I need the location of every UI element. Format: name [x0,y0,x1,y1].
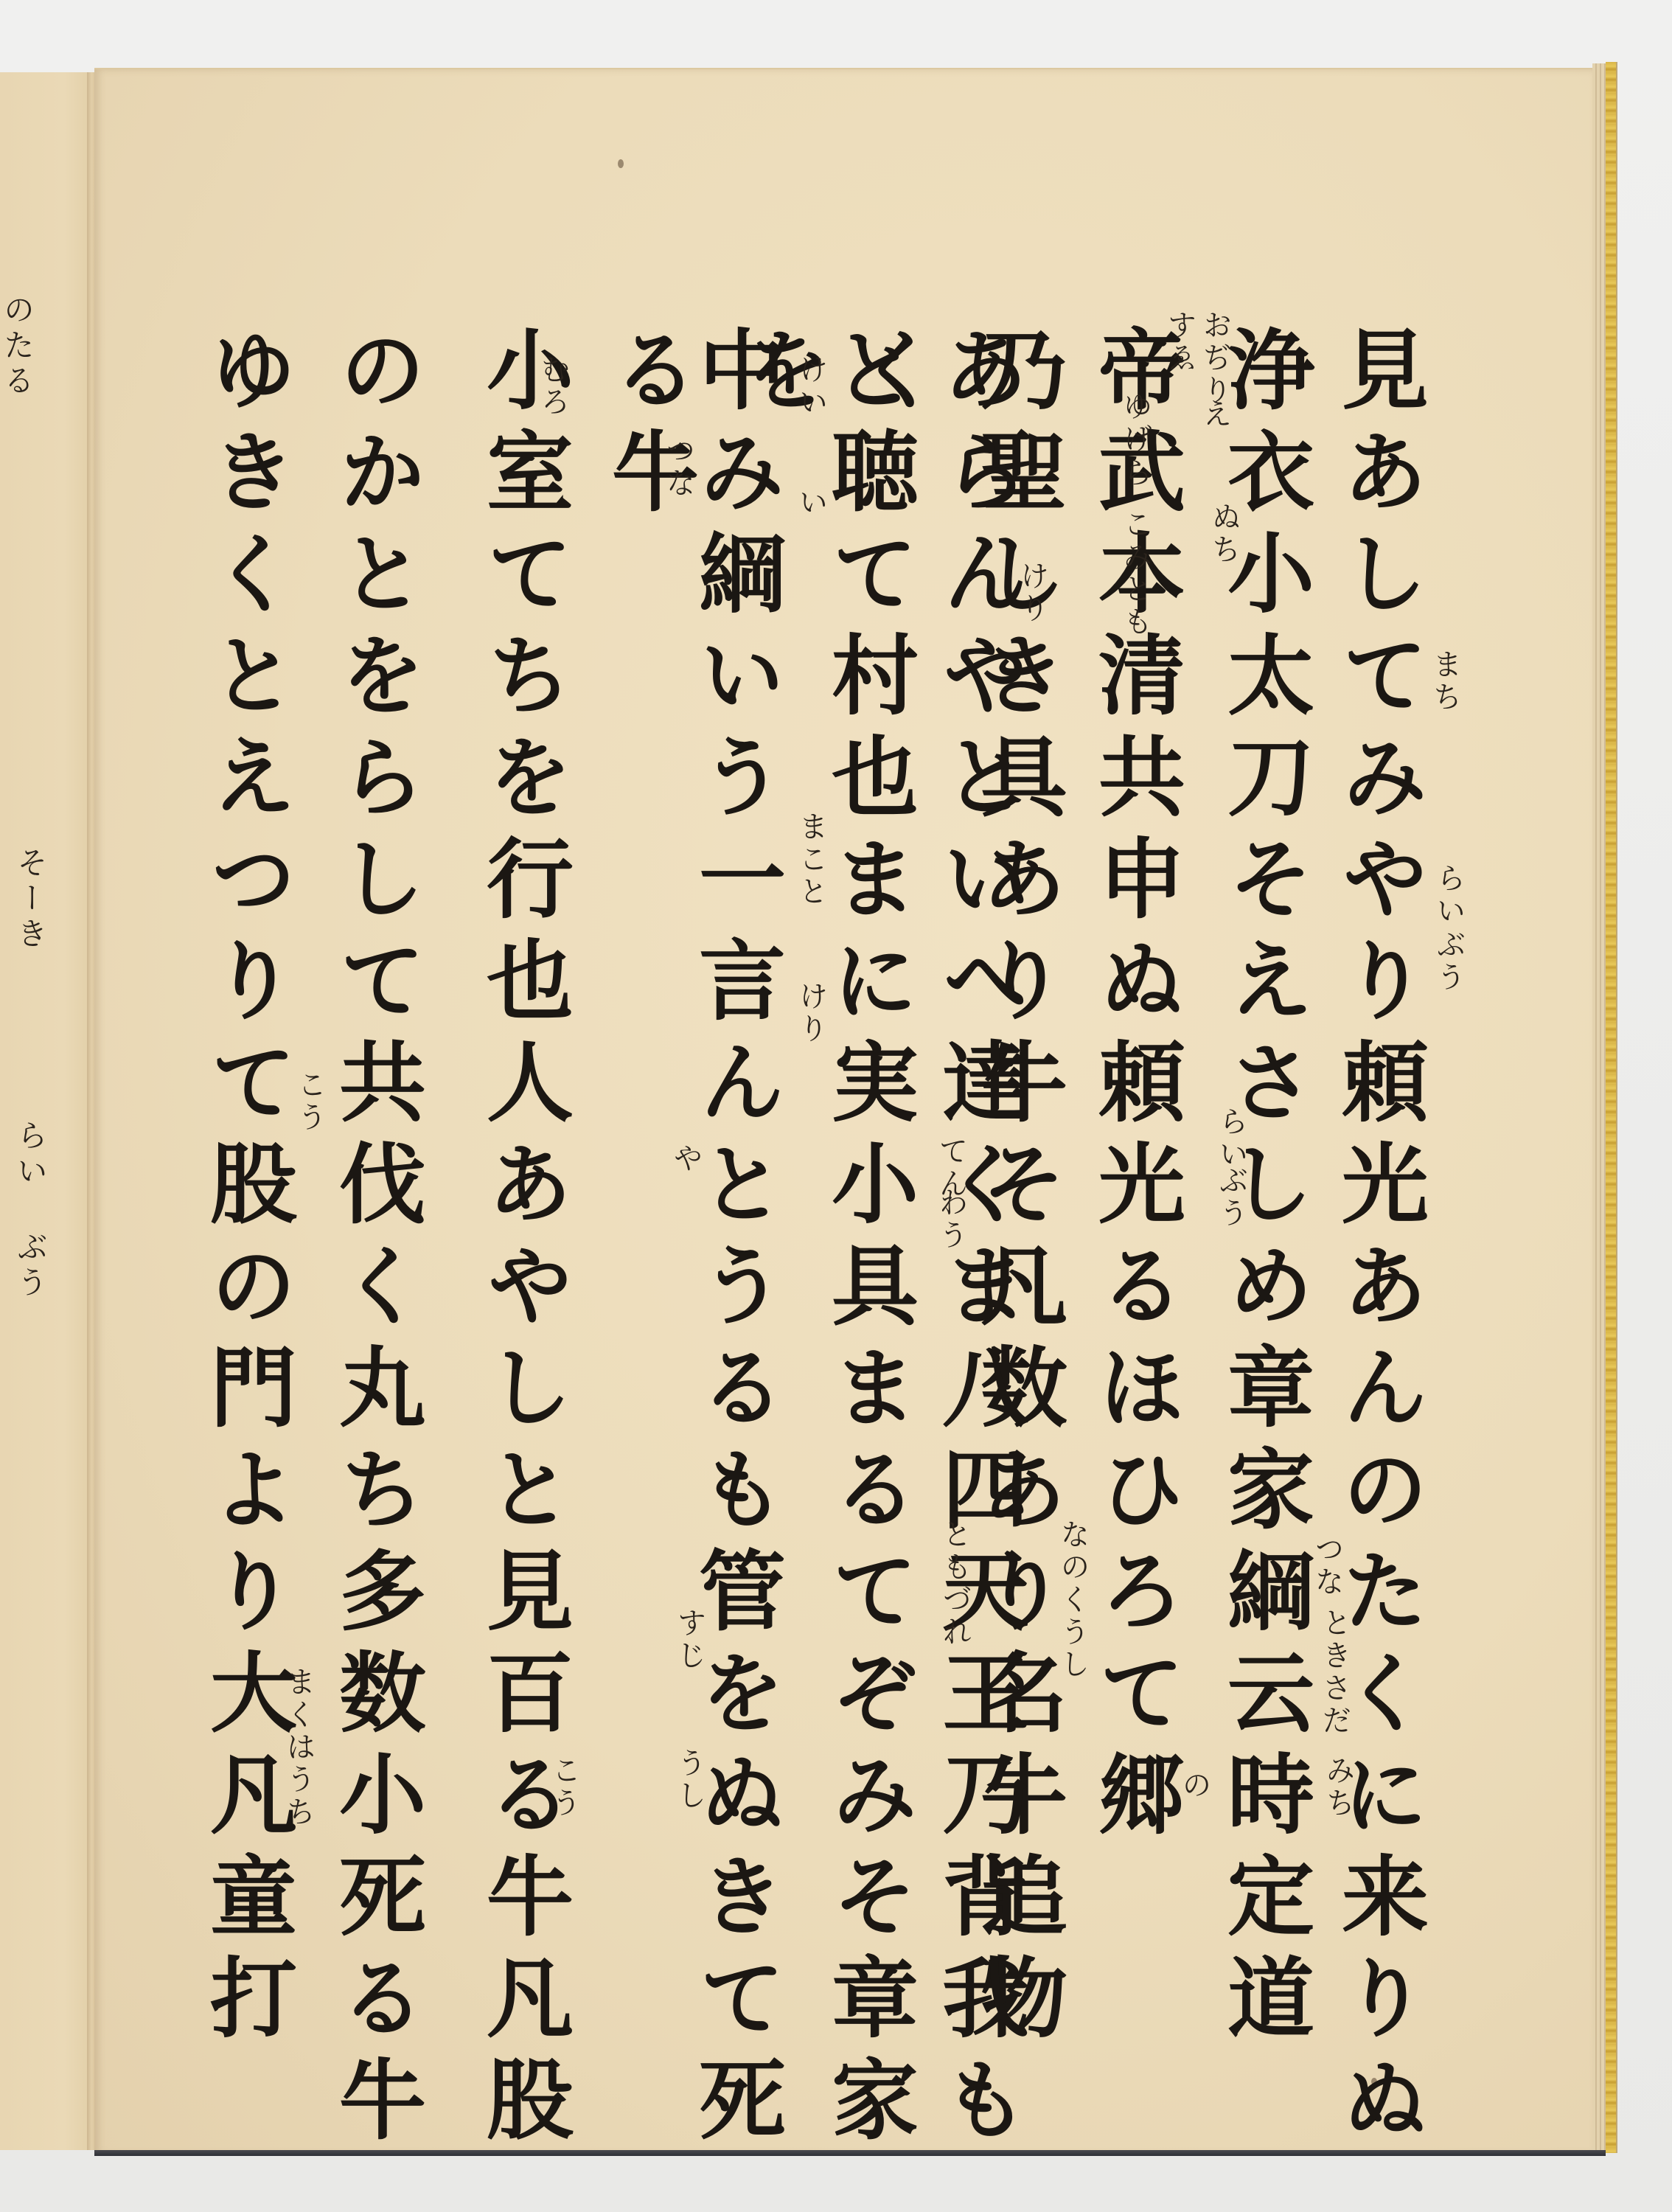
ruby-gloss: ときさだ [1320,1607,1349,1737]
left-page: のたる そーき らい ぶう [0,72,94,2150]
ruby-gloss: え [1200,398,1230,431]
ruby-gloss: ぬち [1209,501,1239,566]
ruby-gloss: むろ [538,354,568,419]
text-column-9: のかとをらして共伐く丸ち多数小死る牛 [332,324,419,2156]
text-column-7: 中み綱いう一言んとうるも管をぬきて死る牛 [605,324,778,2212]
ruby-gloss: ゆげ [1121,391,1150,456]
text-column-8: 小室てちを行也人あやしと見百る牛凡股 [479,324,566,2156]
ruby-gloss: なのくうし [1058,1519,1087,1681]
ruby-gloss: ぶう [1434,929,1463,994]
ruby-gloss: おぢり [1200,310,1230,407]
ruby-gloss: けい [796,354,826,419]
text-column-10: ゆきくとえつりて股の門より大凡童打 [203,324,290,2054]
ruby-gloss: らい [1434,863,1463,928]
ruby-gloss: ら [1121,457,1150,490]
ruby-gloss: わう [936,1187,966,1252]
ruby-gloss: みち [1323,1755,1353,1820]
ruby-gloss: うし [675,1747,704,1812]
ruby-gloss: まくはうち [284,1666,313,1829]
left-page-gloss: らい ぶう [15,1119,46,1301]
ruby-gloss: こみとも [1121,509,1150,639]
ruby-gloss: すゑ [1165,310,1194,375]
ruby-gloss: ぶう [1216,1165,1246,1230]
left-page-gloss: のたる [1,293,32,400]
ruby-gloss: ともづれ [940,1519,969,1649]
ruby-gloss: こう [549,1755,579,1820]
ruby-gloss: まち [1430,649,1460,714]
ruby-gloss: つな [663,435,693,500]
ruby-gloss: い [796,487,826,519]
ruby-gloss: つな [1312,1534,1342,1599]
ruby-gloss: すじ [675,1607,704,1672]
ruby-gloss: らい [1216,1106,1246,1171]
left-page-gloss: そーき [15,846,46,953]
ruby-gloss: や [671,1143,700,1175]
page-stack-edge [1592,63,1607,2153]
ruby-gloss: の [1180,1770,1209,1802]
ruby-gloss: けり [796,981,826,1046]
gilt-fore-edge [1606,62,1617,2153]
ruby-gloss: こう [295,1069,324,1134]
text-column-1: 見あしてみやり頼光あんのたくに来りぬ [1334,324,1421,2156]
ruby-gloss: まこと [796,811,826,908]
paper-spot [618,159,624,168]
